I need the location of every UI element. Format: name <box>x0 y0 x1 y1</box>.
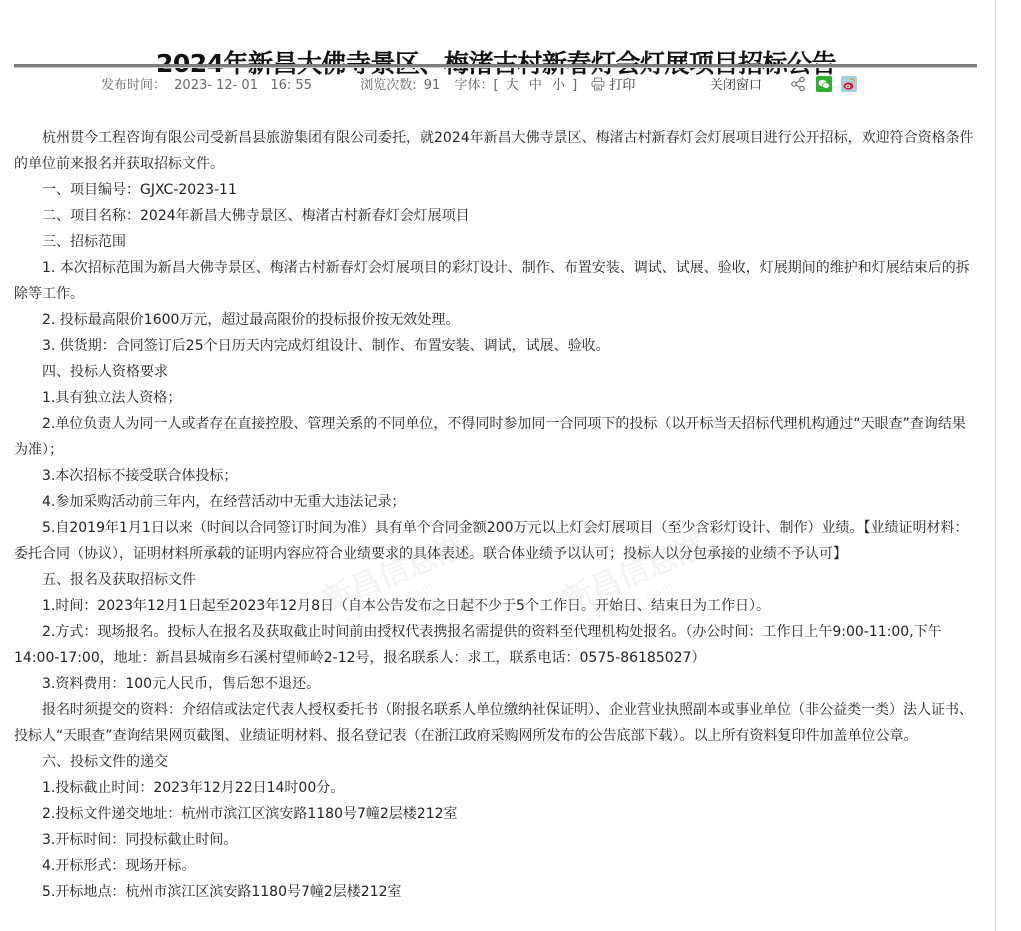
title-divider <box>14 64 977 68</box>
page-right-border <box>995 0 996 931</box>
paragraph-sub-1: 1.投标截止时间：2023年12月22日14时00分。 <box>14 775 976 801</box>
section-heading-scope: 三、招标范围 <box>14 229 976 255</box>
share-icon[interactable] <box>790 76 806 92</box>
paragraph-sub-3: 3.开标时间：同投标截止时间。 <box>14 827 976 853</box>
article-body: 杭州贯今工程咨询有限公司受新昌县旅游集团有限公司委托，就2024年新昌大佛寺景区… <box>14 125 976 905</box>
paragraph-qual-3: 3.本次招标不接受联合体投标； <box>14 463 976 489</box>
print-button[interactable]: 打印 <box>591 76 635 96</box>
article-meta: 发布时间： 2023- 12- 01 16: 55 浏览次数: 91 字体：[ … <box>101 76 635 96</box>
paragraph-qual-4: 4.参加采购活动前三年内，在经营活动中无重大违法记录； <box>14 489 976 515</box>
paragraph-sub-4: 4.开标形式：现场开标。 <box>14 853 976 879</box>
section-heading-registration: 五、报名及获取招标文件 <box>14 567 976 593</box>
views-count: 91 <box>424 76 441 96</box>
paragraph-reg-materials: 报名时须提交的资料：介绍信或法定代表人授权委托书（附报名联系人单位缴纳社保证明）… <box>14 697 976 749</box>
printer-icon <box>591 77 605 91</box>
publish-time: 2023- 12- 01 16: 55 <box>174 76 312 96</box>
paragraph-qual-5: 5.自2019年1月1日以来（时间以合同签订时间为准）具有单个合同金额200万元… <box>14 515 976 567</box>
paragraph-project-number: 一、项目编号：GJXC-2023-11 <box>14 177 976 203</box>
close-window-link[interactable]: 关闭窗口 <box>710 76 762 96</box>
intro-paragraph: 杭州贯今工程咨询有限公司受新昌县旅游集团有限公司委托，就2024年新昌大佛寺景区… <box>14 125 976 177</box>
publish-label: 发布时间： <box>101 76 166 96</box>
font-large-button[interactable]: 大 <box>503 76 522 96</box>
paragraph-reg-1: 1.时间：2023年12月1日起至2023年12月8日（自本公告发布之日起不少于… <box>14 593 976 619</box>
wechat-icon[interactable] <box>816 76 832 92</box>
paragraph-scope-3: 3. 供货期：合同签订后25个日历天内完成灯组设计、制作、布置安装、调试，试展、… <box>14 333 976 359</box>
paragraph-scope-2: 2. 投标最高限价1600万元，超过最高限价的投标报价按无效处理。 <box>14 307 976 333</box>
print-label: 打印 <box>609 76 635 96</box>
font-size-label: 字体：[ <box>454 76 498 96</box>
section-heading-qualifications: 四、投标人资格要求 <box>14 359 976 385</box>
paragraph-sub-5: 5.开标地点：杭州市滨江区滨安路1180号7幢2层楼212室 <box>14 879 976 905</box>
font-medium-button[interactable]: 中 <box>526 76 545 96</box>
paragraph-qual-1: 1.具有独立法人资格； <box>14 385 976 411</box>
weibo-icon[interactable] <box>841 76 857 92</box>
paragraph-scope-1: 1. 本次招标范围为新昌大佛寺景区、梅渚古村新春灯会灯展项目的彩灯设计、制作、布… <box>14 255 976 307</box>
article-page: 2024年新昌大佛寺景区、梅渚古村新春灯会灯展项目招标公告 发布时间： 2023… <box>0 0 995 931</box>
article-actions: 关闭窗口 <box>710 76 857 96</box>
paragraph-project-name: 二、项目名称：2024年新昌大佛寺景区、梅渚古村新春灯会灯展项目 <box>14 203 976 229</box>
paragraph-reg-2: 2.方式：现场报名。投标人在报名及获取截止时间前由授权代表携报名需提供的资料至代… <box>14 619 976 671</box>
font-size-close-bracket: ] <box>572 76 577 96</box>
font-small-button[interactable]: 小 <box>549 76 568 96</box>
paragraph-qual-2: 2.单位负责人为同一人或者存在直接控股、管理关系的不同单位，不得同时参加同一合同… <box>14 411 976 463</box>
views-label: 浏览次数: <box>360 76 416 96</box>
paragraph-reg-3: 3.资料费用：100元人民币，售后恕不退还。 <box>14 671 976 697</box>
section-heading-submission: 六、投标文件的递交 <box>14 749 976 775</box>
paragraph-sub-2: 2.投标文件递交地址：杭州市滨江区滨安路1180号7幢2层楼212室 <box>14 801 976 827</box>
